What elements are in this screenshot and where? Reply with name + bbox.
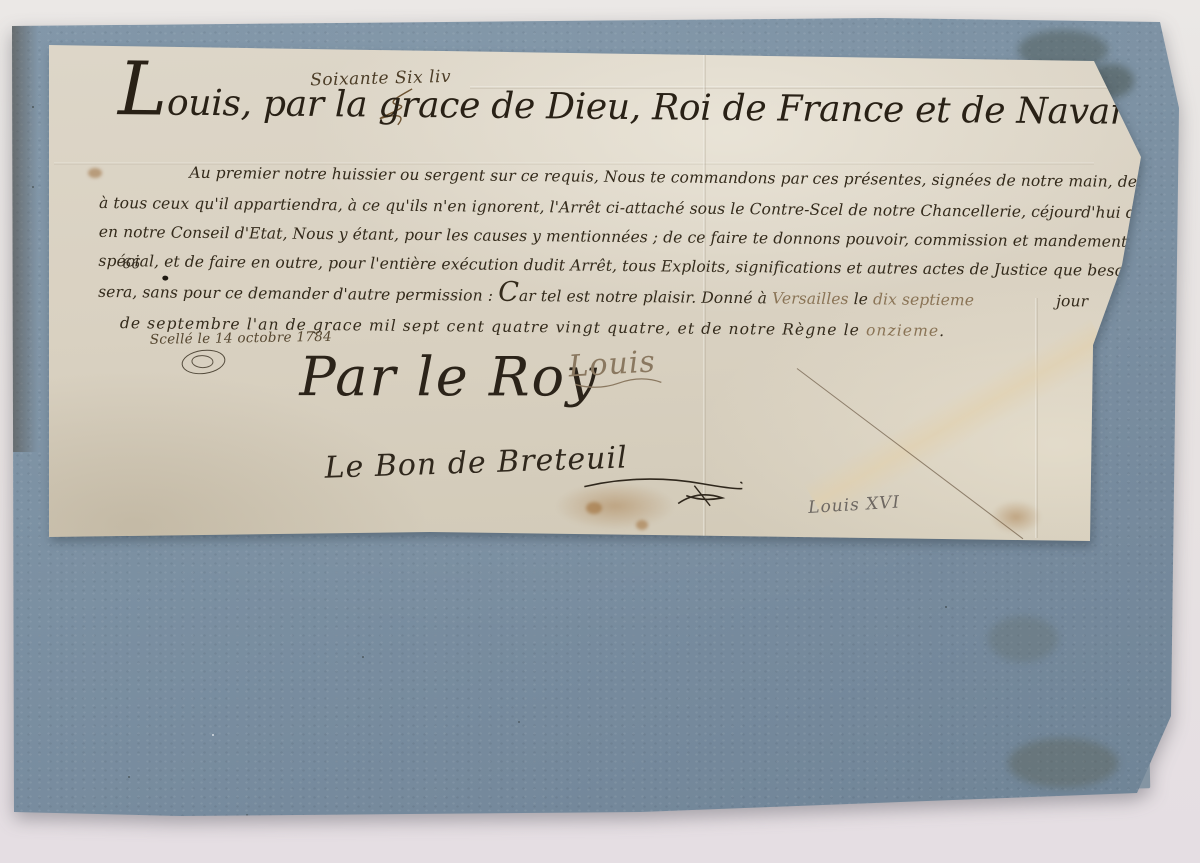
line6-filled: onzieme bbox=[866, 321, 939, 340]
photo-background: Soixante Six liv Louis, par la grace de … bbox=[0, 0, 1200, 863]
body-line-2: à tous ceux qu'il appartiendra, à ce qu'… bbox=[99, 194, 1089, 222]
document-sheet: Soixante Six liv Louis, par la grace de … bbox=[46, 42, 1144, 544]
countersignature-flourish bbox=[582, 467, 742, 509]
document-heading: Louis, par la grace de Dieu, Roi de Fran… bbox=[118, 82, 1128, 133]
par-le-roy-inscription: Par le Roy bbox=[299, 345, 598, 408]
line5-end: jour bbox=[1056, 292, 1088, 310]
line5-date-filled: dix septieme bbox=[873, 290, 974, 309]
body-line-1: Au premier notre huissier ou sergent sur… bbox=[99, 163, 1089, 191]
line5-gap bbox=[974, 291, 1056, 310]
album-page-stack: Soixante Six liv Louis, par la grace de … bbox=[0, 0, 1200, 863]
body-line-5: sera, sans pour ce demander d'autre perm… bbox=[98, 283, 1088, 311]
pencil-attribution: Louis XVI bbox=[808, 492, 901, 518]
line5-place-filled: Versailles bbox=[772, 289, 849, 308]
document-content: Soixante Six liv Louis, par la grace de … bbox=[42, 41, 1145, 554]
margin-number: 66 bbox=[122, 256, 140, 272]
line6-end: . bbox=[939, 322, 945, 340]
body-line-3: en notre Conseil d'Etat, Nous y étant, p… bbox=[99, 223, 1089, 251]
document-wrapper: Soixante Six liv Louis, par la grace de … bbox=[0, 0, 1200, 863]
ink-blot bbox=[162, 276, 168, 281]
body-line-4: spécial, et de faire en outre, pour l'en… bbox=[98, 252, 1088, 280]
line5-mid: le bbox=[849, 290, 874, 308]
seal-scribble bbox=[180, 347, 227, 377]
line5-car-tel: Car tel est notre plaisir. Donné à bbox=[498, 287, 772, 308]
line5-start: sera, sans pour ce demander d'autre perm… bbox=[98, 283, 498, 305]
royal-signature-underline bbox=[573, 376, 663, 391]
